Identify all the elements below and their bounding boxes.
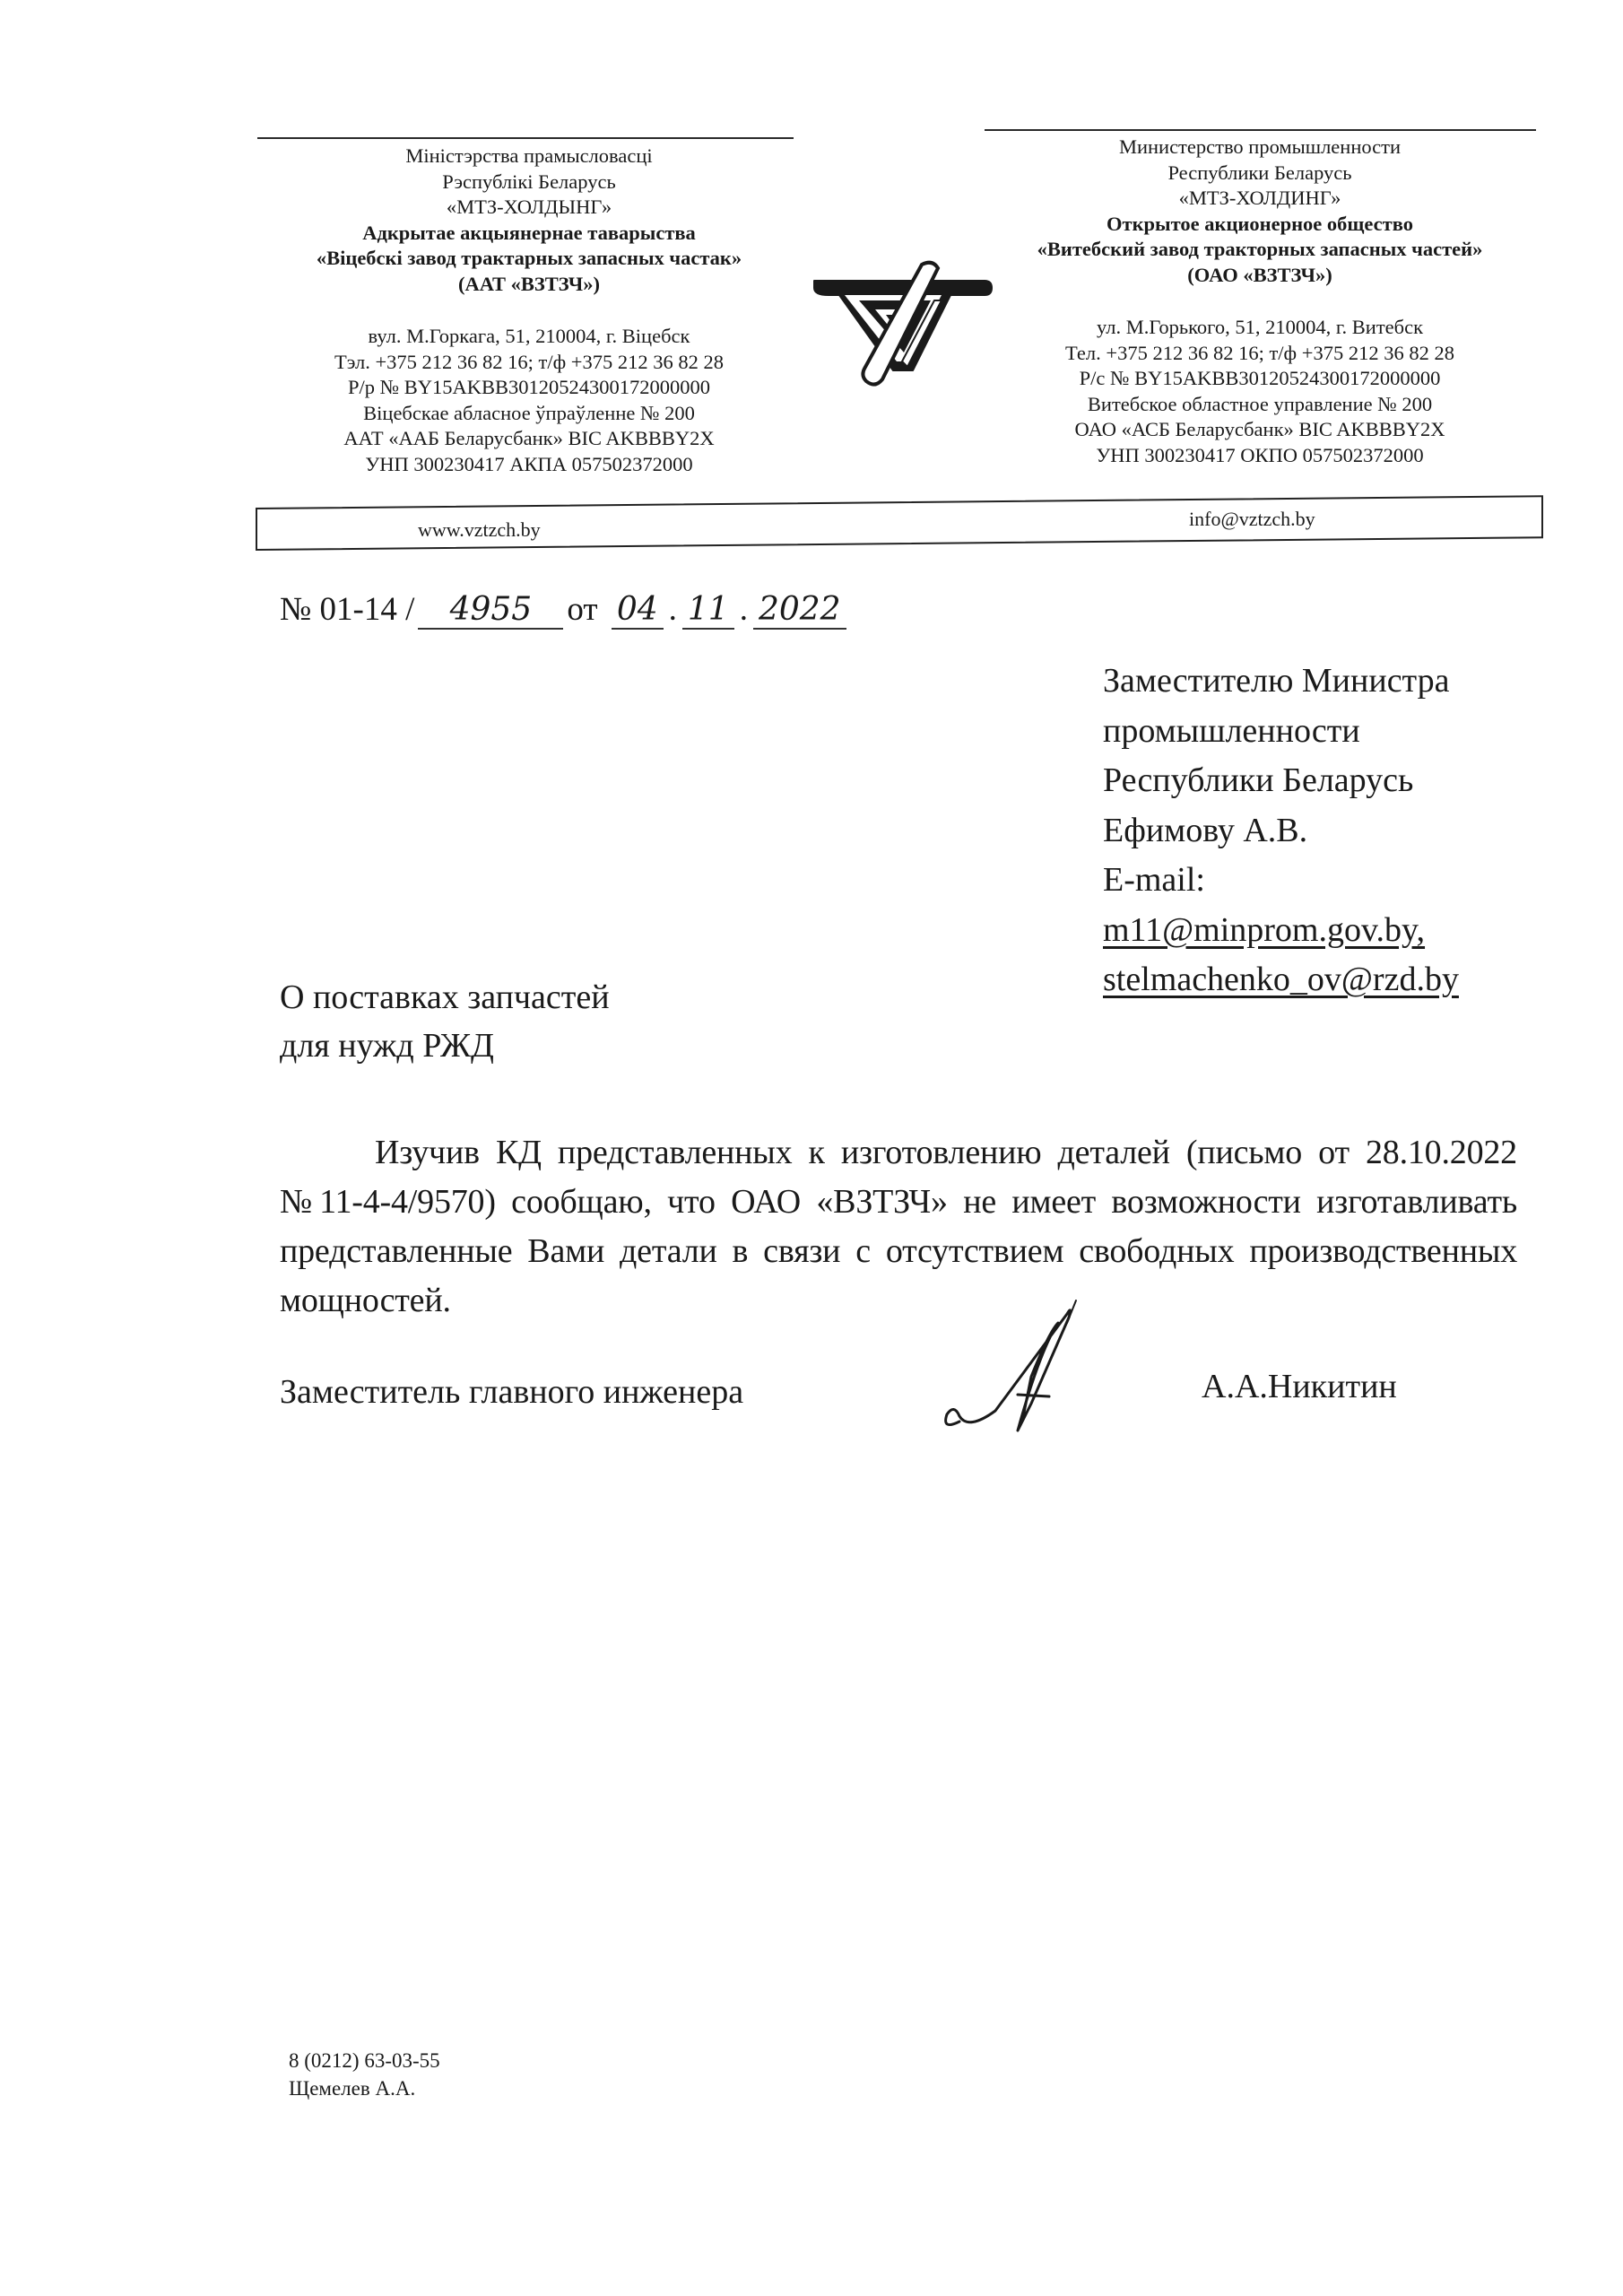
addressee-email-label: E-mail: — [1103, 856, 1459, 906]
addressee-line: промышленности — [1103, 707, 1459, 757]
letterhead-right-detail: Витебское областное управление № 200 — [991, 392, 1529, 418]
letterhead-right-company: «Витебский завод тракторных запасных час… — [991, 237, 1529, 263]
letterhead-right: Министерство промышленности Республики Б… — [991, 135, 1529, 468]
letterhead-right-company: Открытое акционерное общество — [991, 212, 1529, 238]
addressee-line: Республики Беларусь — [1103, 756, 1459, 806]
letterhead-left-company: Адкрытае акцыянернае таварыства — [269, 221, 789, 247]
letterhead-left-line: Рэспублікі Беларусь — [269, 170, 789, 196]
addressee-email-link[interactable]: m11@minprom.gov.by, — [1103, 906, 1459, 956]
letterhead-left-line: Міністэрства прамысловасці — [269, 143, 789, 170]
letterhead-right-line: «МТЗ-ХОЛДИНГ» — [991, 186, 1529, 212]
letterhead-right-company: (ОАО «ВЗТЗЧ») — [991, 263, 1529, 289]
letterhead-left-detail: вул. М.Горкага, 51, 210004, г. Віцебск — [269, 324, 789, 350]
letterhead-right-detail: Тел. +375 212 36 82 16; т/ф +375 212 36 … — [991, 341, 1529, 367]
handwritten-signature-icon — [933, 1296, 1112, 1444]
reference-date-year: 2022 — [753, 592, 846, 630]
letterhead-left-detail: Р/р № BY15AKBB30120524300172000000 — [269, 375, 789, 401]
addressee-name: Ефимову А.В. — [1103, 806, 1459, 857]
executor-phone: 8 (0212) 63-03-55 — [289, 2047, 440, 2074]
website-link[interactable]: www.vztzch.by — [418, 518, 541, 542]
reference-from-label: от — [567, 591, 597, 628]
reference-line: № 01-14 /4955от 04.11.2022 — [280, 590, 852, 630]
letterhead-left-detail: Тэл. +375 212 36 82 16; т/ф +375 212 36 … — [269, 350, 789, 376]
letterhead-right-detail: УНП 300230417 ОКПО 057502372000 — [991, 443, 1529, 469]
executor-name: Щемелев А.А. — [289, 2074, 440, 2102]
reference-prefix: № 01-14 / — [280, 591, 414, 628]
addressee-line: Заместителю Министра — [1103, 657, 1459, 707]
letterhead-right-line: Министерство промышленности — [991, 135, 1529, 161]
letterhead-right-detail: Р/с № BY15AKBB30120524300172000000 — [991, 366, 1529, 392]
subject-line: для нужд РЖД — [280, 1022, 610, 1070]
letterhead-left-detail: Віцебскае абласное ўпраўленне № 200 — [269, 401, 789, 427]
executor-info: 8 (0212) 63-03-55 Щемелев А.А. — [289, 2047, 440, 2102]
addressee-email-link[interactable]: stelmachenko_ov@rzd.by — [1103, 955, 1459, 1005]
letter-subject: О поставках запчастей для нужд РЖД — [280, 973, 610, 1070]
letterhead-left-company: (ААТ «ВЗТЗЧ») — [269, 272, 789, 298]
signatory-title: Заместитель главного инженера — [280, 1372, 743, 1412]
header-rule-left — [257, 137, 794, 139]
letterhead-left: Міністэрства прамысловасці Рэспублікі Бе… — [269, 143, 789, 477]
letterhead-right-detail: ул. М.Горького, 51, 210004, г. Витебск — [991, 315, 1529, 341]
letterhead-left-detail: УНП 300230417 АКПА 057502372000 — [269, 452, 789, 478]
company-logo-icon — [807, 256, 1000, 390]
reference-number: 4955 — [418, 592, 563, 630]
letterhead-left-company: «Віцебскі завод трактарных запасных част… — [269, 246, 789, 272]
reference-date-day: 04 — [612, 592, 664, 630]
reference-date-month: 11 — [682, 592, 734, 630]
letterhead-right-line: Республики Беларусь — [991, 161, 1529, 187]
signatory-name: А.А.Никитин — [1202, 1367, 1397, 1406]
email-link[interactable]: info@vztzch.by — [1189, 508, 1315, 531]
letter-body: Изучив КД представленных к изготовлению … — [280, 1128, 1517, 1326]
header-rule-right — [985, 129, 1536, 131]
letterhead-left-line: «МТЗ-ХОЛДЫНГ» — [269, 195, 789, 221]
letterhead-right-detail: ОАО «АСБ Беларусбанк» BIC AKBBBY2X — [991, 417, 1529, 443]
subject-line: О поставках запчастей — [280, 973, 610, 1022]
addressee-block: Заместителю Министра промышленности Респ… — [1103, 657, 1459, 1005]
letterhead-left-detail: ААТ «ААБ Беларусбанк» BIC AKBBBY2X — [269, 426, 789, 452]
